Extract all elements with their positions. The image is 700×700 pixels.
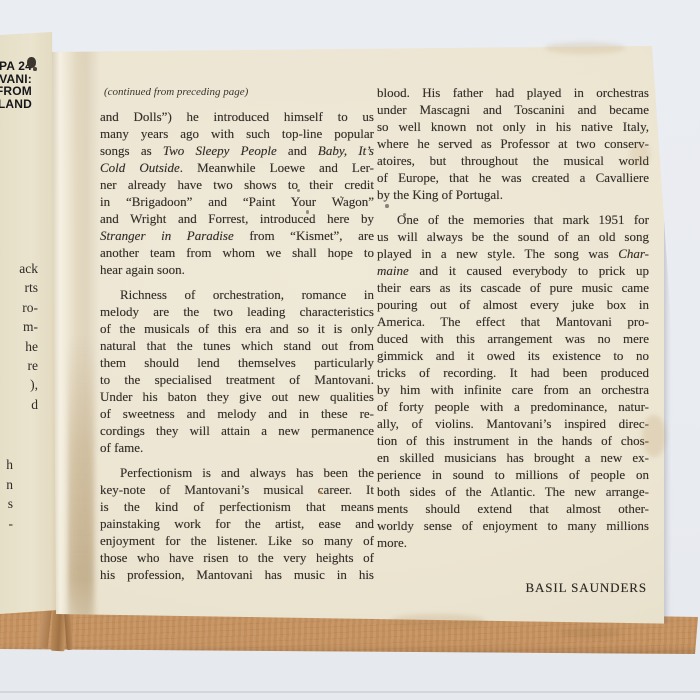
text: worldy sense of enjoyment to many millio… xyxy=(377,518,649,533)
text: cordings they will attain a new permanen… xyxy=(100,423,374,438)
text: many years ago with such top-line popula… xyxy=(100,126,374,141)
stain xyxy=(560,628,620,638)
text-line: One of the memories that mark 1951 for xyxy=(377,211,649,228)
text: us will always be the sound of an old so… xyxy=(377,229,649,244)
text: of Europe, that he was created a Cavalli… xyxy=(377,170,649,185)
left-text-column: (continued from preceding page) and Doll… xyxy=(100,85,374,583)
cutoff-text-fragments-lower: hns- xyxy=(0,455,13,534)
text-line: and Dolls”) he introduced himself to us xyxy=(100,108,374,125)
page-speck xyxy=(403,213,406,216)
surface-edge-line xyxy=(0,691,700,693)
text-line: blood. His father had played in orchestr… xyxy=(377,84,649,101)
text: of forty people with a predominance, nat… xyxy=(377,399,649,414)
page-speck xyxy=(319,491,322,494)
text: natural that the tunes which stand out f… xyxy=(100,338,374,353)
paragraph: Richness of orchestration, romance inmel… xyxy=(100,286,374,456)
italic-text: Cold Outside xyxy=(100,160,180,175)
text-line: hear again soon. xyxy=(100,261,374,278)
page-speck xyxy=(340,196,342,198)
text-line: both sides of the Atlantic. The new arra… xyxy=(377,483,649,500)
italic-text: Baby, It’s xyxy=(318,143,374,158)
text-line: played in a new style. The song was Char… xyxy=(377,245,649,262)
text: both sides of the Atlantic. The new arra… xyxy=(377,484,649,499)
stain xyxy=(545,42,625,54)
text: under Mascagni and Toscanini and became xyxy=(377,102,649,117)
fold-crease-wear xyxy=(68,336,94,621)
paragraph: blood. His father had played in orchestr… xyxy=(377,84,649,203)
cutoff-text-line: ro- xyxy=(0,298,38,317)
text: his profession, Mantovani has music in h… xyxy=(100,567,374,582)
album-liner-photo: PA 24OVANI:FROMELAND ackrtsro-m-here),d … xyxy=(0,0,700,700)
text-line: tion of this instrument in the hands of … xyxy=(377,432,649,449)
text-line: us will always be the sound of an old so… xyxy=(377,228,649,245)
text-line: of the musicals of this era and so it is… xyxy=(100,320,374,337)
text-line: worldy sense of enjoyment to many millio… xyxy=(377,517,649,534)
paragraph: and Dolls”) he introduced himself to usm… xyxy=(100,108,374,278)
paragraph: One of the memories that mark 1951 forus… xyxy=(377,211,649,551)
text: and Wright and Forrest, introduced here … xyxy=(100,211,374,226)
text: from “Kismet”, are xyxy=(234,228,374,243)
text: by the King of Portugal. xyxy=(377,187,503,202)
italic-text: Two Sleepy People xyxy=(163,143,277,158)
text: key-note of Mantovani’s musical career. … xyxy=(100,482,374,497)
text: hear again soon. xyxy=(100,262,185,277)
text-line: another team from whom we shall hope to xyxy=(100,244,374,261)
text-line: ally, of violins. Mantovani’s inspired d… xyxy=(377,415,649,432)
text-line: more. xyxy=(377,534,649,551)
cutoff-text-fragments-upper: ackrtsro-m-here),d xyxy=(0,259,38,414)
text-line: of Europe, that he was created a Cavalli… xyxy=(377,169,649,186)
text: more. xyxy=(377,535,407,550)
text-line: en skilled musicians has brought a new e… xyxy=(377,449,649,466)
text-line: pouring out of almost every juke box in xyxy=(377,296,649,313)
text-line: under Mascagni and Toscanini and became xyxy=(377,101,649,118)
text-line: gimmick and it owed its existence to no xyxy=(377,347,649,364)
text: and Dolls”) he introduced himself to us xyxy=(100,109,374,124)
stain xyxy=(630,142,650,166)
text-line: of sweetness and melody and in these re- xyxy=(100,405,374,422)
cutoff-text-line: FROM xyxy=(0,85,32,98)
text: enjoyment for the listener. Like so many… xyxy=(100,533,374,548)
text-line: by the King of Portugal. xyxy=(377,186,649,203)
cutoff-text-line: n xyxy=(0,475,13,495)
text-line: Richness of orchestration, romance in xyxy=(100,286,374,303)
text: painstaking work for the artist, ease an… xyxy=(100,516,374,531)
text: those who have risen to the very heights… xyxy=(100,550,374,565)
cutoff-text-line: he xyxy=(0,337,38,356)
cutoff-text-line: h xyxy=(0,455,13,475)
text: ally, of violins. Mantovani’s inspired d… xyxy=(377,416,649,431)
text: so well known not only in his native Ita… xyxy=(377,119,649,134)
text: played in a new style. The song was xyxy=(377,246,618,261)
cutoff-text-line: d xyxy=(0,395,38,414)
page-speck xyxy=(306,210,309,214)
text-line: Cold Outside. Meanwhile Loewe and Ler- xyxy=(100,159,374,176)
text: tion of this instrument in the hands of … xyxy=(377,433,649,448)
text-line: songs as Two Sleepy People and Baby, It’… xyxy=(100,142,374,159)
text: ments should extend that almost other- xyxy=(377,501,649,516)
cutoff-text-line: ), xyxy=(0,375,38,394)
text: atoires, but throughout the musical worl… xyxy=(377,153,649,168)
text-line: of fame. xyxy=(100,439,374,456)
stain xyxy=(390,614,485,628)
text: Perfectionism is and always has been the xyxy=(120,465,374,480)
text-line: America. The effect that Mantovani pro- xyxy=(377,313,649,330)
cutoff-text-line: re xyxy=(0,356,38,375)
text: ner already have two shows to their cred… xyxy=(100,177,374,192)
text: of fame. xyxy=(100,440,143,455)
catalog-text-fragment: PA 24OVANI:FROMELAND xyxy=(0,60,32,110)
italic-text: maine xyxy=(377,263,409,278)
text: in “Brigadoon” and “Paint Your Wagon” xyxy=(100,194,374,209)
text: where he served as Professor at two cons… xyxy=(377,136,649,151)
text: songs as xyxy=(100,143,163,158)
text-line: Stranger in Paradise from “Kismet”, are xyxy=(100,227,374,244)
text-line: ments should extend that almost other- xyxy=(377,500,649,517)
text: Richness of orchestration, romance in xyxy=(120,287,374,302)
text-line: of forty people with a predominance, nat… xyxy=(377,398,649,415)
text-line: and Wright and Forrest, introduced here … xyxy=(100,210,374,227)
text-line: painstaking work for the artist, ease an… xyxy=(100,515,374,532)
text-line: melody are the two leading characteristi… xyxy=(100,303,374,320)
text: of the musicals of this era and so it is… xyxy=(100,321,374,336)
text-line: so well known not only in his native Ita… xyxy=(377,118,649,135)
text: duced with this arrangement was no mere xyxy=(377,331,649,346)
text-line: Perfectionism is and always has been the xyxy=(100,464,374,481)
text-line: perience in sound to millions of people … xyxy=(377,466,649,483)
cutoff-text-line: m- xyxy=(0,317,38,336)
text-line: in “Brigadoon” and “Paint Your Wagon” xyxy=(100,193,374,210)
text: is the kind of perfectionism that means xyxy=(100,499,374,514)
continued-note: (continued from preceding page) xyxy=(100,85,374,99)
text: melody are the two leading characteristi… xyxy=(100,304,374,319)
text: to the specialised treatment of Mantovan… xyxy=(100,372,374,387)
text: another team from whom we shall hope to xyxy=(100,245,374,260)
text-line: Under his baton they give out new qualit… xyxy=(100,388,374,405)
text-line: them should lend themselves particularly xyxy=(100,354,374,371)
text-line: ner already have two shows to their cred… xyxy=(100,176,374,193)
text: and it caused everybody to prick up xyxy=(409,263,649,278)
text-line: tricks of recording. It had been produce… xyxy=(377,364,649,381)
text-line: his profession, Mantovani has music in h… xyxy=(100,566,374,583)
text: of sweetness and melody and in these re- xyxy=(100,406,374,421)
text-line: enjoyment for the listener. Like so many… xyxy=(100,532,374,549)
text: pouring out of almost every juke box in xyxy=(377,297,649,312)
text: by him with infinite care from an orches… xyxy=(377,382,649,397)
text-line: to the specialised treatment of Mantovan… xyxy=(100,371,374,388)
left-column-paragraphs: and Dolls”) he introduced himself to usm… xyxy=(100,108,374,583)
text: and xyxy=(277,143,318,158)
right-text-column: blood. His father had played in orchestr… xyxy=(377,84,649,596)
page-speck xyxy=(297,189,300,192)
author-signature: BASIL SAUNDERS xyxy=(377,579,649,596)
text-line: natural that the tunes which stand out f… xyxy=(100,337,374,354)
cutoff-text-line: - xyxy=(0,514,13,534)
text: tricks of recording. It had been produce… xyxy=(377,365,649,380)
text-line: where he served as Professor at two cons… xyxy=(377,135,649,152)
text: One of the memories that mark 1951 for xyxy=(397,212,649,227)
text: Under his baton they give out new qualit… xyxy=(100,389,374,404)
text: perience in sound to millions of people … xyxy=(377,467,649,482)
text-line: those who have risen to the very heights… xyxy=(100,549,374,566)
text-line: duced with this arrangement was no mere xyxy=(377,330,649,347)
text: gimmick and it owed its existence to no xyxy=(377,348,649,363)
liner-notes-page: (continued from preceding page) and Doll… xyxy=(46,36,664,626)
text-line: atoires, but throughout the musical worl… xyxy=(377,152,649,169)
text: America. The effect that Mantovani pro- xyxy=(377,314,649,329)
ink-speck xyxy=(33,67,37,71)
text-line: cordings they will attain a new permanen… xyxy=(100,422,374,439)
text-line: their ears as its cascade of pure music … xyxy=(377,279,649,296)
text-line: by him with infinite care from an orches… xyxy=(377,381,649,398)
text: en skilled musicians has brought a new e… xyxy=(377,450,649,465)
italic-text: Char- xyxy=(618,246,649,261)
stain xyxy=(642,415,666,457)
italic-text: Stranger in Paradise xyxy=(100,228,234,243)
cutoff-text-line: rts xyxy=(0,278,38,297)
right-column-paragraphs: blood. His father had played in orchestr… xyxy=(377,84,649,551)
left-page-edge-strip: PA 24OVANI:FROMELAND ackrtsro-m-here),d … xyxy=(0,32,58,616)
text: . Meanwhile Loewe and Ler- xyxy=(180,160,374,175)
cutoff-text-line: s xyxy=(0,494,13,514)
text: their ears as its cascade of pure music … xyxy=(377,280,649,295)
cutoff-text-line: ELAND xyxy=(0,98,32,111)
text-line: maine and it caused everybody to prick u… xyxy=(377,262,649,279)
text-line: many years ago with such top-line popula… xyxy=(100,125,374,142)
paragraph: Perfectionism is and always has been the… xyxy=(100,464,374,583)
text-line: is the kind of perfectionism that means xyxy=(100,498,374,515)
text-line: key-note of Mantovani’s musical career. … xyxy=(100,481,374,498)
page-speck xyxy=(385,204,389,208)
cutoff-text-line: ack xyxy=(0,259,38,278)
text: blood. His father had played in orchestr… xyxy=(377,85,649,100)
text: them should lend themselves particularly xyxy=(100,355,374,370)
